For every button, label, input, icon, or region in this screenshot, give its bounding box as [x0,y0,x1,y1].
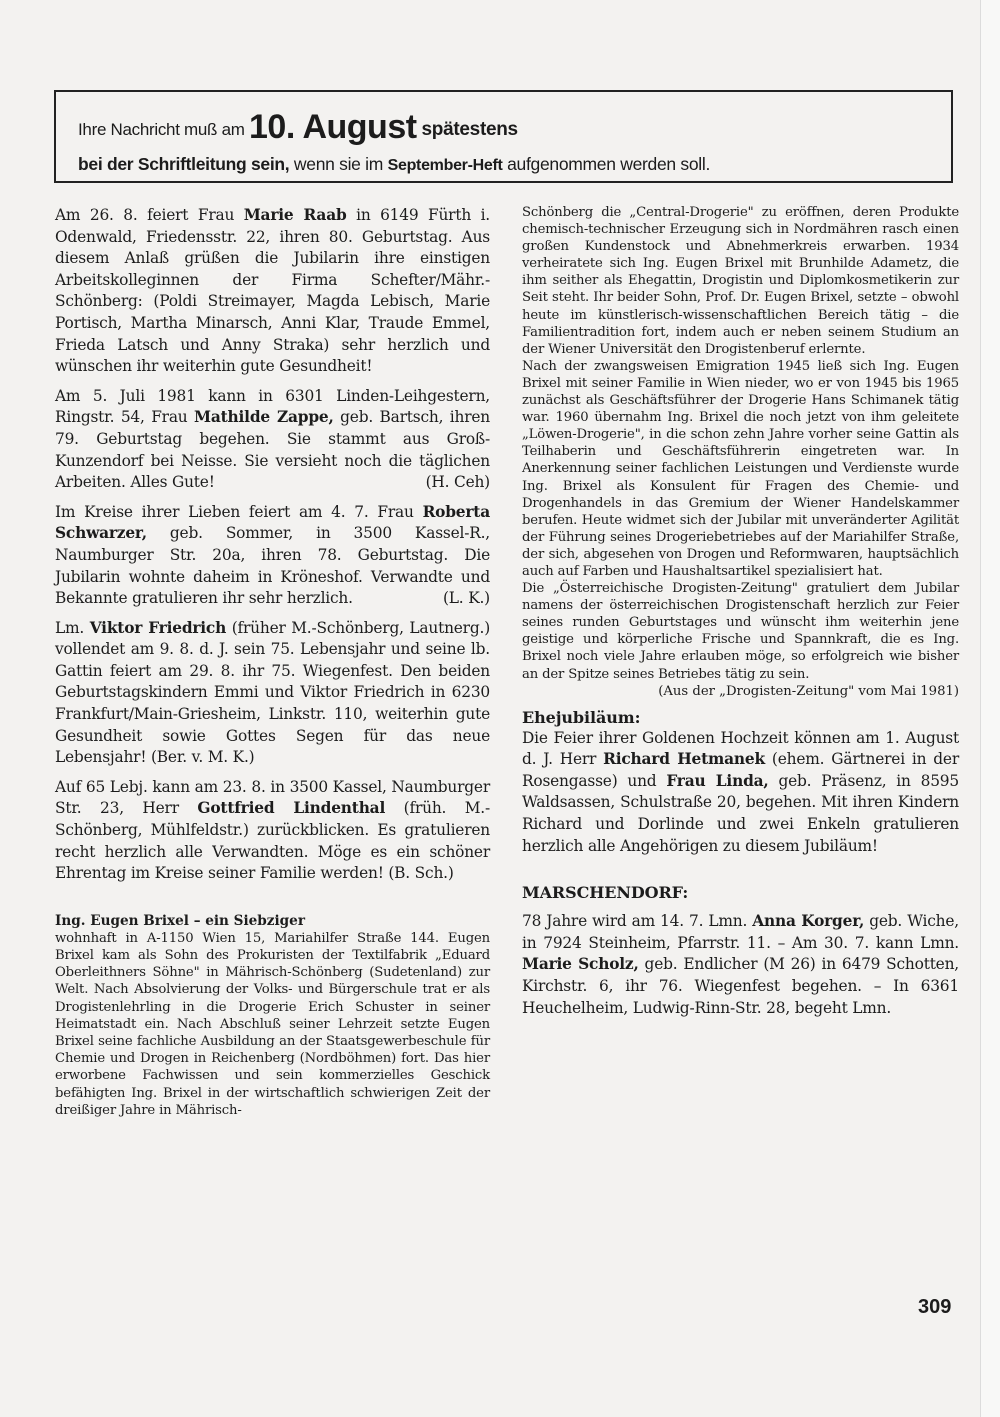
notice-text-end: aufgenommen werden soll. [503,154,710,174]
notice-suffix: spätestens [417,119,518,140]
announcement-schwarzer: Im Kreise ihrer Lieben feiert am 4. 7. F… [55,502,490,610]
notice-line-2: bei der Schriftleitung sein, wenn sie im… [78,154,710,175]
text: Lm. [55,619,90,637]
announcement-friedrich: Lm. Viktor Friedrich (früher M.-Schönber… [55,618,490,769]
announcement-marschendorf: 78 Jahre wird am 14. 7. Lmn. Anna Korger… [522,911,959,1019]
text: Im Kreise ihrer Lieben feiert am 4. 7. F… [55,503,423,521]
page-number: 309 [918,1296,951,1319]
text: (früher M.-Schönberg, Lautnerg.) vollend… [55,619,490,767]
author-signature: (H. Ceh) [426,472,490,494]
article-body-brixel-cont-1: Schönberg die „Central-Drogerie" zu eröf… [522,204,959,358]
left-column: Am 26. 8. feiert Frau Marie Raab in 6149… [55,205,490,1119]
text: 78 Jahre wird am 14. 7. Lmn. [522,912,752,930]
notice-editorial-office: bei der Schriftleitung sein, [78,154,289,174]
notice-deadline-date: 10. August [249,108,417,146]
section-heading-marschendorf: MARSCHENDORF: [522,883,959,903]
person-name: Anna Korger, [752,912,864,930]
person-name: Frau Linda, [666,772,768,790]
person-name: Marie Scholz, [522,955,639,973]
person-name: Gottfried Lindenthal [197,799,385,817]
notice-line-1: Ihre Nachricht muß am 10. August spätest… [78,108,518,147]
right-column: Schönberg die „Central-Drogerie" zu eröf… [522,204,959,1019]
announcement-hetmanek: Die Feier ihrer Goldenen Hochzeit können… [522,728,959,858]
person-name: Mathilde Zappe, [194,408,334,426]
announcement-lindenthal: Auf 65 Lebj. kann am 23. 8. in 3500 Kass… [55,777,490,885]
article-body-brixel-cont-3: Die „Österreichische Drogisten-Zeitung" … [522,580,959,683]
notice-prefix: Ihre Nachricht muß am [78,120,249,139]
article-body-brixel-cont-2: Nach der zwangsweisen Emigration 1945 li… [522,358,959,580]
notice-issue: September-Heft [388,157,503,174]
notice-text: wenn sie im [289,154,387,174]
article-body-brixel: wohnhaft in A-1150 Wien 15, Mariahilfer … [55,930,490,1119]
author-signature: (L. K.) [443,588,490,610]
announcement-raab: Am 26. 8. feiert Frau Marie Raab in 6149… [55,205,490,378]
person-name: Richard Hetmanek [603,750,765,768]
announcement-zappe: Am 5. Juli 1981 kann in 6301 Linden-Leih… [55,386,490,494]
text: in 6149 Fürth i. Odenwald, Friedensstr. … [55,206,490,375]
deadline-notice-box: Ihre Nachricht muß am 10. August spätest… [54,90,953,183]
text: Am 26. 8. feiert Frau [55,206,244,224]
section-heading-ehejubilaeum: Ehejubiläum: [522,708,959,728]
page-edge [980,0,1000,1417]
person-name: Marie Raab [244,206,347,224]
person-name: Viktor Friedrich [90,619,226,637]
article-heading-brixel: Ing. Eugen Brixel – ein Siebziger [55,913,490,930]
article-source: (Aus der „Drogisten-Zeitung" vom Mai 198… [522,683,959,700]
